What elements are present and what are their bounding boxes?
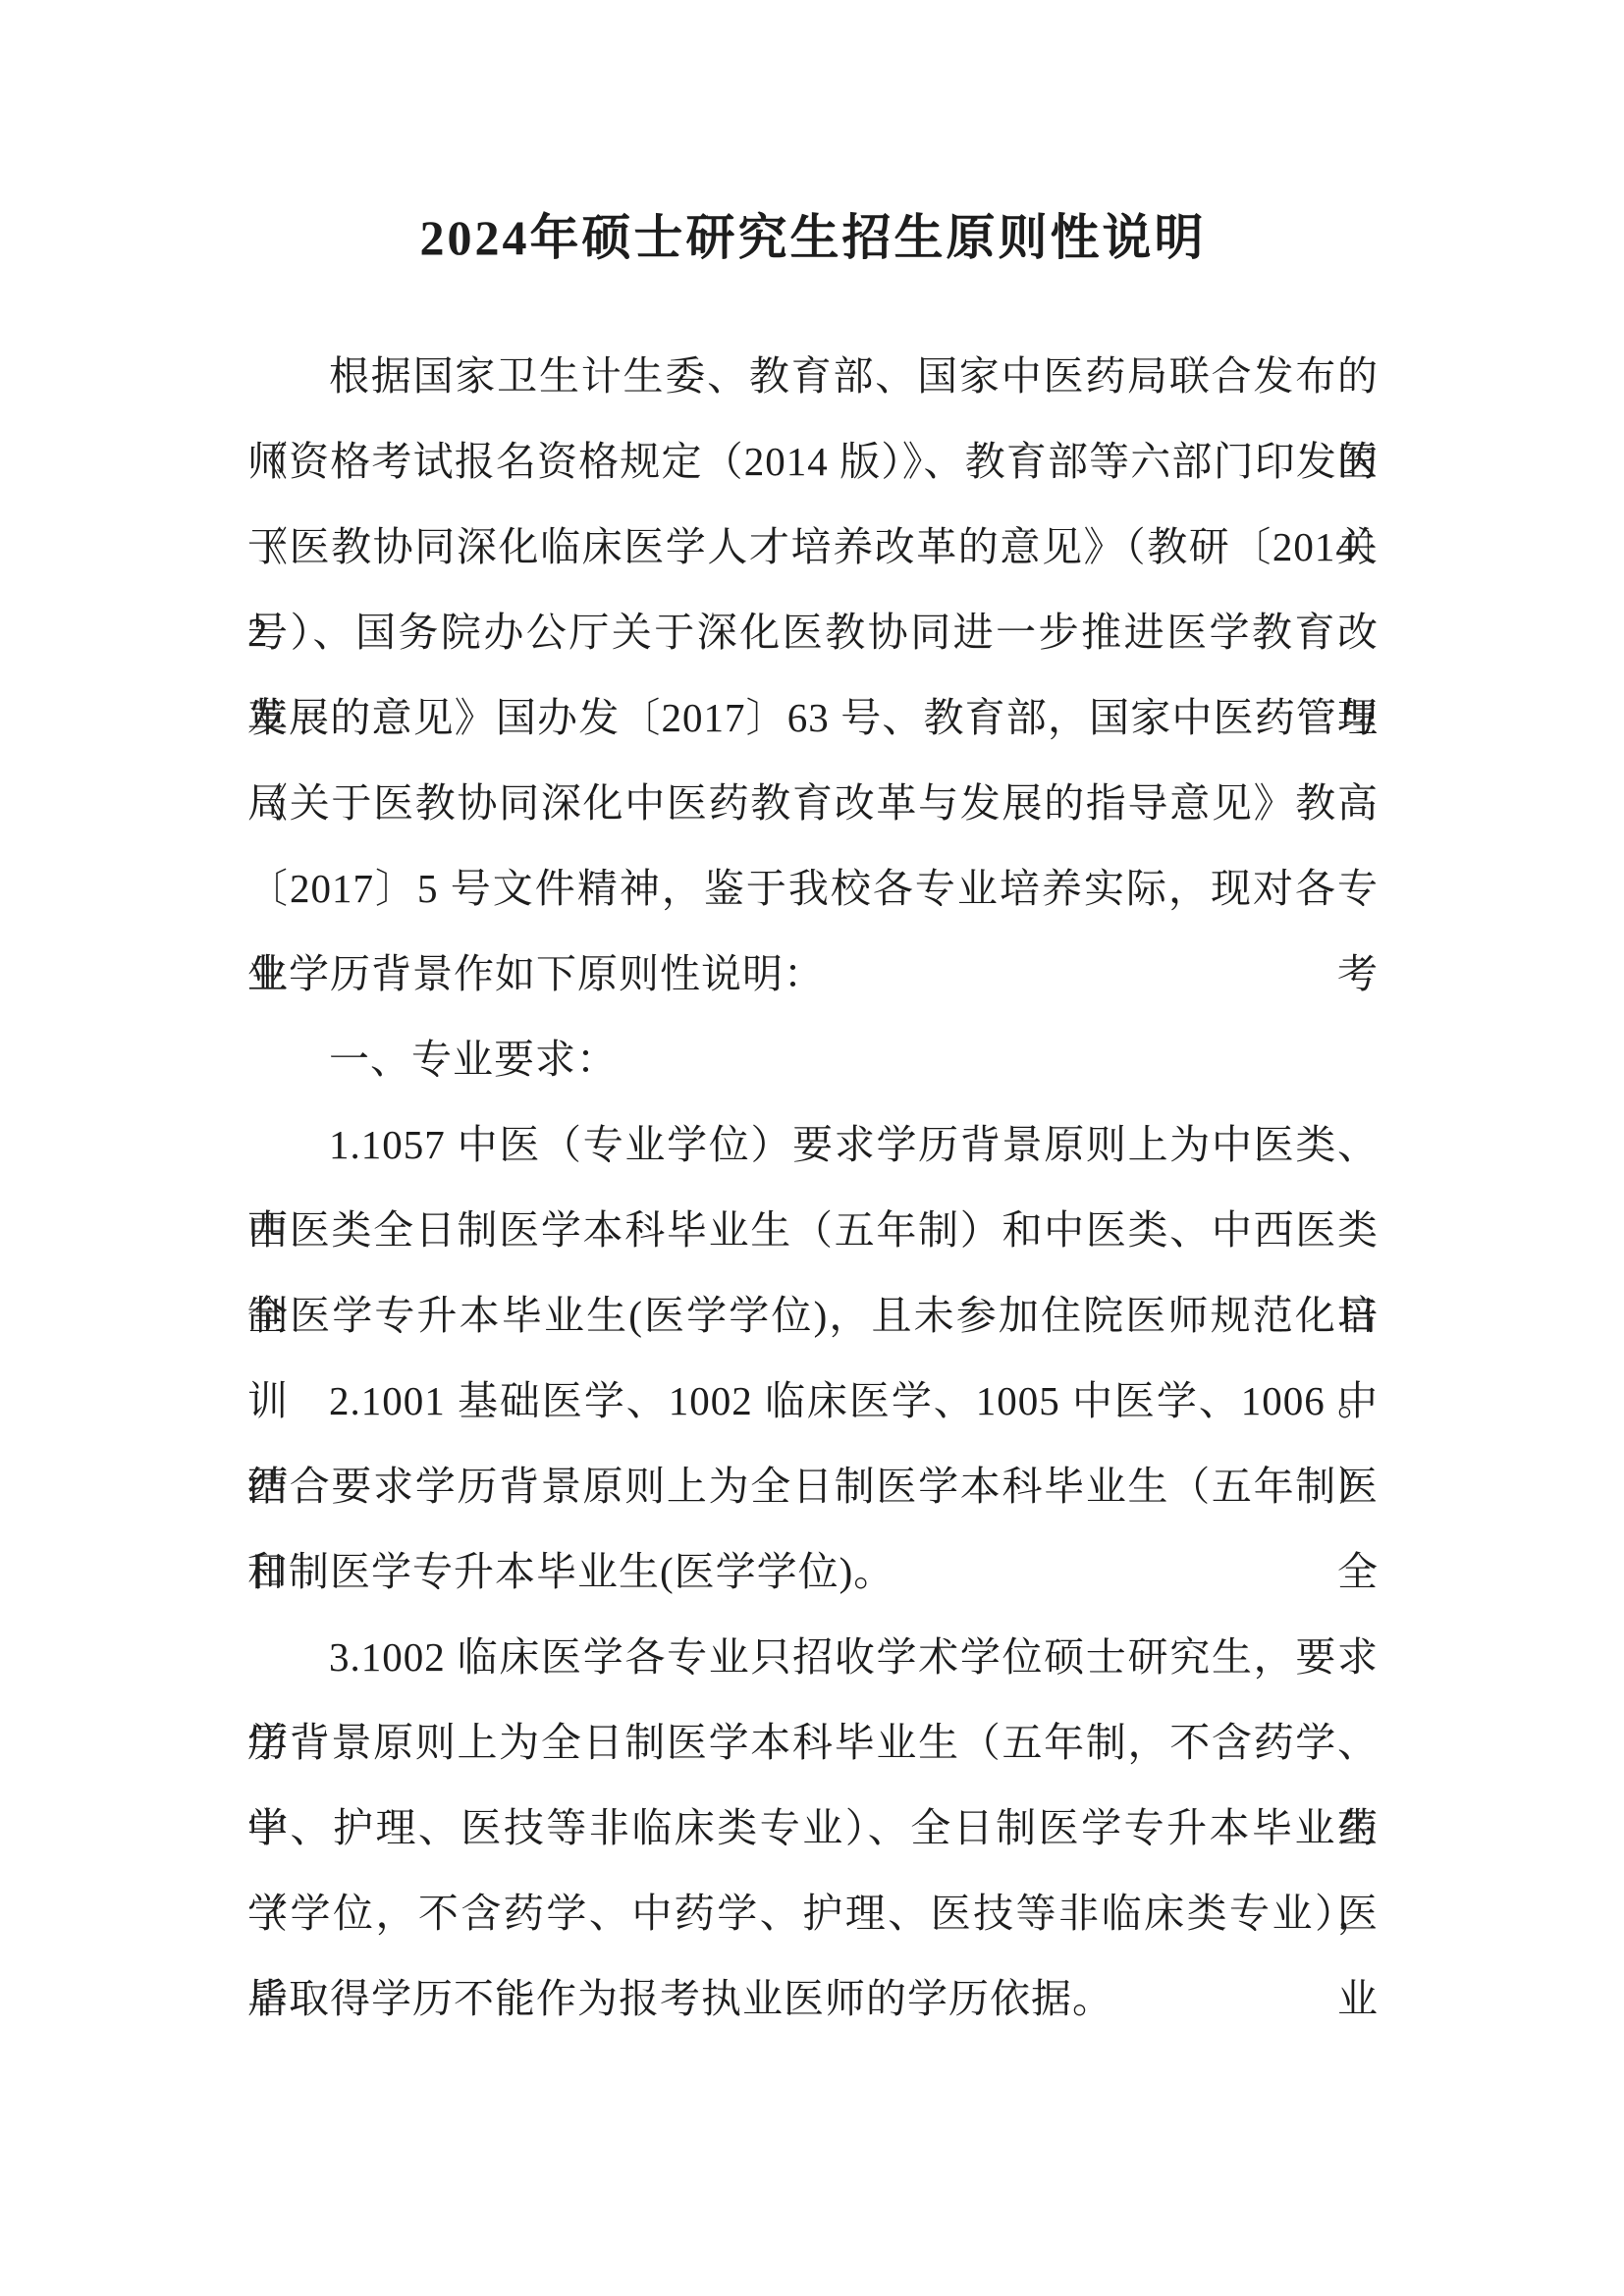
text-line: 《关于医教协同深化中医药教育改革与发展的指导意见》教高 <box>247 761 1379 846</box>
text-line: 发展的意见》国办发〔2017〕63 号、教育部，国家中医药管理局 <box>247 675 1379 761</box>
document-page: 2024年硕士研究生招生原则性说明 根据国家卫生计生委、教育部、国家中医药局联合… <box>0 0 1624 2296</box>
text-line: 〔2017〕5 号文件精神，鉴于我校各专业培养实际，现对各专业考 <box>247 846 1379 932</box>
text-line: 一、专业要求： <box>247 1017 1379 1102</box>
text-line: 制医学专升本毕业生(医学学位)，且未参加住院医师规范化培训。 <box>247 1273 1379 1359</box>
text-line: 师资格考试报名资格规定（2014 版）》、教育部等六部门印发的《关 <box>247 419 1379 505</box>
document-title: 2024年硕士研究生招生原则性说明 <box>247 198 1379 277</box>
text-line: 于医教协同深化临床医学人才培养改革的意见》（教研〔2014〕2 <box>247 505 1379 590</box>
text-line: 西医类全日制医学本科毕业生（五年制）和中医类、中西医类全日 <box>247 1188 1379 1273</box>
text-line: 结合要求学历背景原则上为全日制医学本科毕业生（五年制）和全 <box>247 1444 1379 1529</box>
text-line: 3.1002 临床医学各专业只招收学术学位硕士研究生，要求学 <box>247 1615 1379 1700</box>
text-line: 学学位，不含药学、中药学、护理、医技等非临床类专业），毕业 <box>247 1871 1379 1956</box>
text-line: 根据国家卫生计生委、教育部、国家中医药局联合发布的《医 <box>247 334 1379 419</box>
text-line: 历背景原则上为全日制医学本科毕业生（五年制，不含药学、中药 <box>247 1700 1379 1786</box>
text-line: 号）、国务院办公厅关于深化医教协同进一步推进医学教育改革与 <box>247 590 1379 675</box>
text-line: 学、护理、医技等非临床类专业）、全日制医学专升本毕业生（医 <box>247 1786 1379 1871</box>
document-body: 根据国家卫生计生委、教育部、国家中医药局联合发布的《医师资格考试报名资格规定（2… <box>247 334 1379 2042</box>
text-line: 1.1057 中医（专业学位）要求学历背景原则上为中医类、 中 <box>247 1102 1379 1188</box>
text-line: 2.1001 基础医学、1002 临床医学、1005 中医学、1006 中西医 <box>247 1359 1379 1444</box>
